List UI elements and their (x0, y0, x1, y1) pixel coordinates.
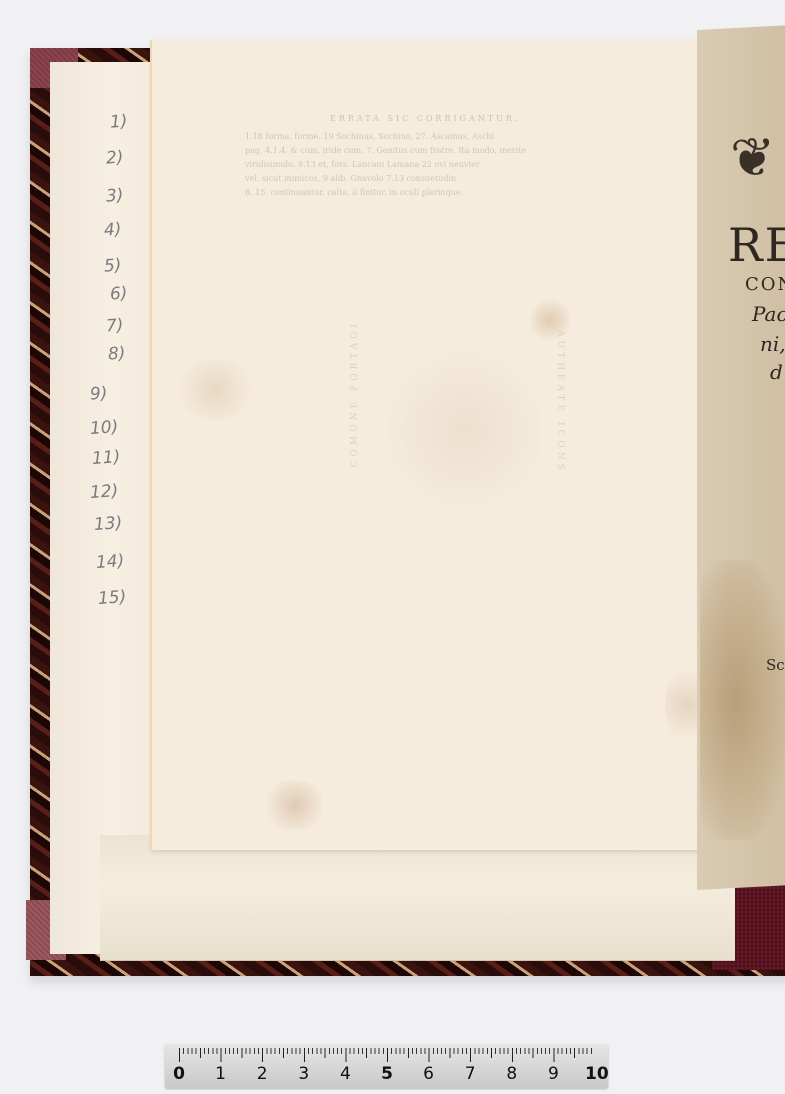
pencil-number: 2) (105, 147, 124, 168)
pencil-number: 6) (109, 283, 128, 304)
pencil-number: 3) (105, 185, 124, 206)
pencil-number: 13) (93, 513, 123, 535)
scale-ruler: 0 1 2 3 4 5 6 7 8 9 10 (165, 1044, 608, 1088)
ruler-label: 9 (543, 1064, 563, 1084)
pencil-number: 8) (107, 343, 126, 364)
ruler-label: 7 (460, 1064, 480, 1084)
title-lower-fragment: Sca (766, 656, 785, 674)
pencil-number: 14) (95, 551, 125, 573)
pencil-number: 12) (89, 481, 119, 503)
pencil-number: 1) (109, 111, 128, 132)
pencil-number: 9) (89, 383, 108, 404)
erratum-line: pag. 4.1.4. & cum, iride cum. 7. Genitus… (245, 146, 685, 155)
ruler-label: 6 (419, 1064, 439, 1084)
ruler-label: 2 (252, 1064, 272, 1084)
ruler-label: 4 (335, 1064, 355, 1084)
title-line-2: CON (745, 274, 785, 295)
pencil-number: 7) (105, 315, 124, 336)
pencil-number: 4) (103, 219, 122, 240)
ruler-label: 8 (502, 1064, 522, 1084)
show-through-emblem (390, 330, 540, 530)
title-line-1: RE (728, 218, 785, 272)
erratum-line: vel. sicut inimicos, 9 alib. Gnavolo 7.1… (245, 174, 685, 183)
pencil-number: 11) (91, 447, 121, 469)
erratum-line: 1.18 forma, forme. 19 Sochinus, Sochino,… (245, 132, 685, 141)
title-line-5: d (770, 360, 783, 384)
ruler-label: 1 (211, 1064, 231, 1084)
erratum-heading: ERRATA SIC CORRIGANTUR. (330, 114, 520, 123)
ruler-label: 0 (169, 1064, 189, 1084)
folded-lower-sheet (100, 835, 735, 961)
title-line-3: Paolo (752, 302, 785, 326)
show-through-text-right: AUTHEATE ICONS (555, 330, 565, 474)
water-stain (700, 560, 785, 840)
pencil-number: 15) (97, 587, 127, 609)
erratum-line: 8. 15. continuantur. calta. il finitur. … (245, 188, 685, 197)
book-photograph: 1) 2) 3) 4) 5) 6) 7) 8) 9) 10) 11) 12) 1… (0, 0, 785, 1094)
ruler-label: 10 (585, 1064, 605, 1084)
ruler-label: 5 (377, 1064, 397, 1084)
ruler-label: 3 (294, 1064, 314, 1084)
foxing-stain (170, 360, 260, 420)
foxing-stain (260, 780, 330, 830)
ruler-ticks (179, 1048, 595, 1062)
erratum-line: viridisimulo. 9.13 et, fors. Lancani Lam… (245, 160, 685, 169)
pencil-number: 5) (103, 255, 122, 276)
pencil-number: 10) (89, 417, 119, 439)
ornament-icon: ❦ (730, 118, 785, 198)
show-through-text-left: COMUNE FORTAGI (350, 320, 360, 467)
title-line-4: ni, (760, 332, 785, 356)
